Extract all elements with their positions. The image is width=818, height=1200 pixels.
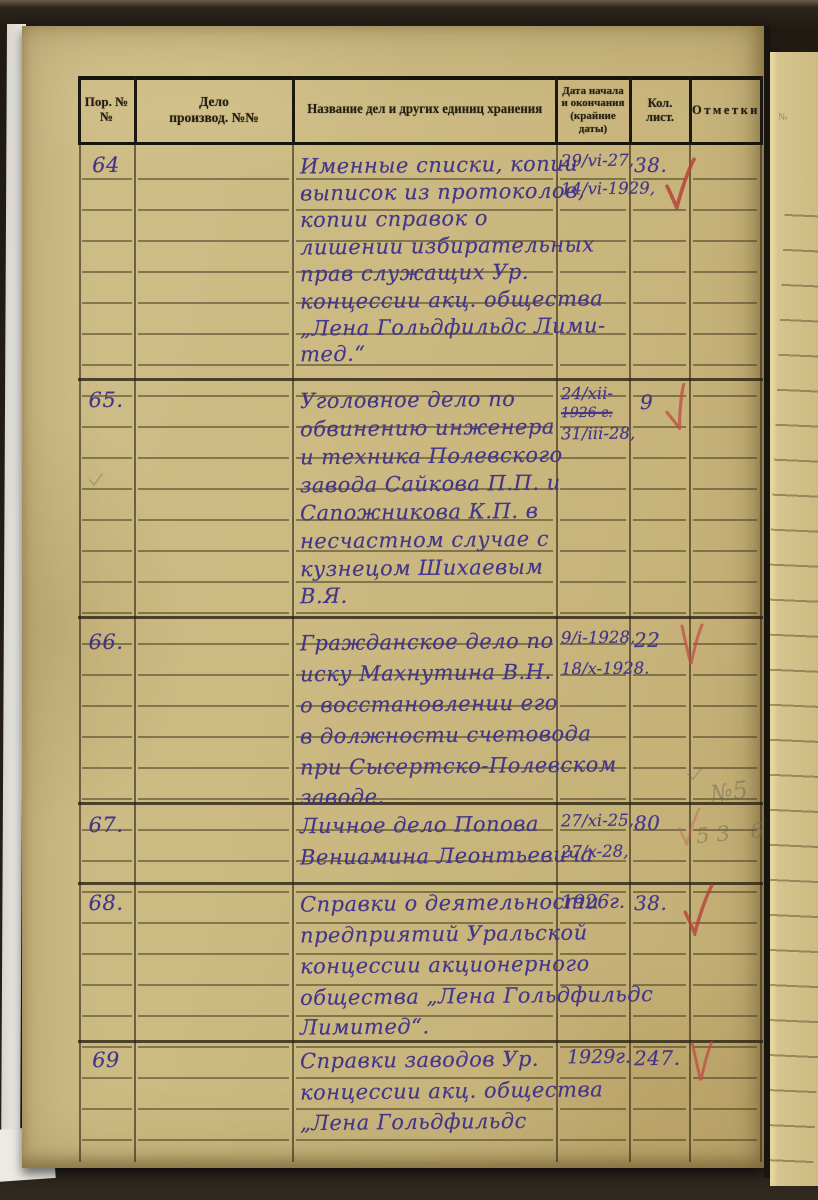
header-label: Дело производ. №№ [168, 94, 260, 125]
pencil-check-icon [686, 766, 704, 782]
column-header-marks: Отметки [691, 78, 761, 142]
entry-title-line: „Лена Гольдфильдс Лими- [300, 313, 606, 340]
entry-title-line: кузнецом Шихаевым [300, 555, 544, 582]
green-check-icon [88, 472, 104, 488]
entry-sheet-count: 38. [634, 891, 668, 915]
entry-date-struck: 1926 г. [561, 405, 613, 422]
entry-title-line: Лимитед“. [300, 1014, 430, 1039]
entry-title-line: „Лена Гольдфильдс [300, 1109, 527, 1135]
entry-title-line: общества „Лена Гольдфильдс [300, 982, 654, 1010]
entry-date: 27/x-28, [561, 842, 629, 862]
entry-title-line: обвинению инженера [300, 415, 555, 442]
entry-date: 18/x-1928. [561, 659, 650, 679]
entry-date: 29/vi-27, [561, 151, 634, 171]
entry-date: 1926г. [561, 891, 625, 914]
header-label: Кол. лист. [641, 96, 679, 125]
entry-sheet-count: 22 [634, 628, 661, 652]
entry-title-line: лишении избирательных [300, 232, 595, 259]
column-header-order-no: Пор. №№ [79, 78, 134, 142]
red-check-icon [662, 156, 698, 210]
entry-title-line: Вениамина Леонтьевича [300, 842, 594, 869]
header-label: Пор. №№ [79, 95, 134, 125]
entry-title-line: выписок из протоколов, [300, 179, 585, 206]
next-page-header-fragment: № [778, 112, 789, 124]
entry-title-line: Справки заводов Ур. [300, 1047, 539, 1074]
entry-sheet-count: 9 [640, 390, 653, 414]
entry-number: 66. [82, 630, 130, 655]
column-header-title: Название дел и других единиц хранения [294, 78, 555, 142]
entry-date: 24/xii- [561, 384, 613, 404]
entry-title-line: тед.“ [300, 342, 366, 367]
entry-title-line: при Сысертско-Полевском [300, 752, 617, 779]
entry-title-line: о восстановлении его [300, 691, 558, 718]
entry-title-line: Уголовное дело по [300, 387, 516, 413]
red-check-icon [678, 622, 704, 668]
red-check-icon [682, 882, 714, 936]
entry-sheet-count: 247. [634, 1046, 681, 1070]
entry-title-line: В.Я. [300, 584, 348, 608]
entry-date: 31/iii-28, [561, 424, 635, 444]
entry-title-line: концессии акц. общества [300, 286, 603, 313]
entry-number: 68. [82, 891, 130, 916]
red-check-icon [688, 1040, 714, 1084]
entry-title-line: прав служащих Ур. [300, 260, 529, 286]
entry-title-line: и техника Полевского [300, 443, 563, 470]
ruled-col-order [82, 149, 132, 1162]
entry-title-line: Личное дело Попова [300, 812, 539, 839]
column-header-sheets: Кол. лист. [631, 78, 689, 142]
header-label: Дата начала и окончания (крайние даты) [560, 85, 626, 136]
entry-title-line: концессии акционерного [300, 951, 590, 978]
entry-title-line: в должности счетовода [300, 721, 592, 748]
next-page-ruled-lines [770, 181, 818, 1186]
entry-date: 1929г. [567, 1046, 631, 1069]
entry-number: 67. [82, 813, 130, 838]
entry-sheet-count: 80 [634, 811, 661, 835]
ruled-col-case [138, 149, 289, 1162]
entry-title-line: копии справок о [300, 206, 488, 232]
column-header-case-no: Дело производ. №№ [136, 78, 292, 142]
entry-title-line: Гражданское дело по [300, 629, 554, 656]
entry-title-line: завода Сайкова П.П. и [300, 471, 561, 498]
pencil-note: №5 [708, 775, 750, 808]
entry-number: 69 [82, 1048, 130, 1073]
entry-title-line: Сапожникова К.П. в [300, 499, 539, 525]
entry-title-line: концессии акц. общества [300, 1077, 603, 1104]
entry-title-line: несчастном случае с [300, 527, 549, 554]
entry-title-line: Именные списки, копии [300, 152, 579, 179]
entry-title-line: заводе. [300, 785, 385, 810]
entry-title-line: иску Махнутина В.Н. [300, 660, 552, 687]
entry-date: 9/i-1928, [561, 628, 635, 648]
entry-title-line: Справки о деятельности [300, 889, 600, 916]
inventory-page: Пор. №№ Дело производ. №№ Название дел и… [22, 26, 764, 1168]
header-bottom-rule [78, 142, 763, 145]
entry-title-line: предприятий Уральской [300, 920, 588, 947]
header-label: Название дел и других единиц хранения [307, 102, 542, 118]
archive-photo: Пор. №№ Дело производ. №№ Название дел и… [0, 0, 818, 1200]
header-label: Отметки [692, 103, 760, 117]
entry-date: 27/xi-25, [561, 811, 634, 831]
next-page-edge: № [770, 52, 818, 1186]
column-header-dates: Дата начала и окончания (крайние даты) [557, 78, 629, 142]
entry-date: 14/vi-1929, [561, 179, 655, 199]
entry-number: 65. [82, 388, 130, 413]
entry-number: 64 [82, 153, 130, 178]
